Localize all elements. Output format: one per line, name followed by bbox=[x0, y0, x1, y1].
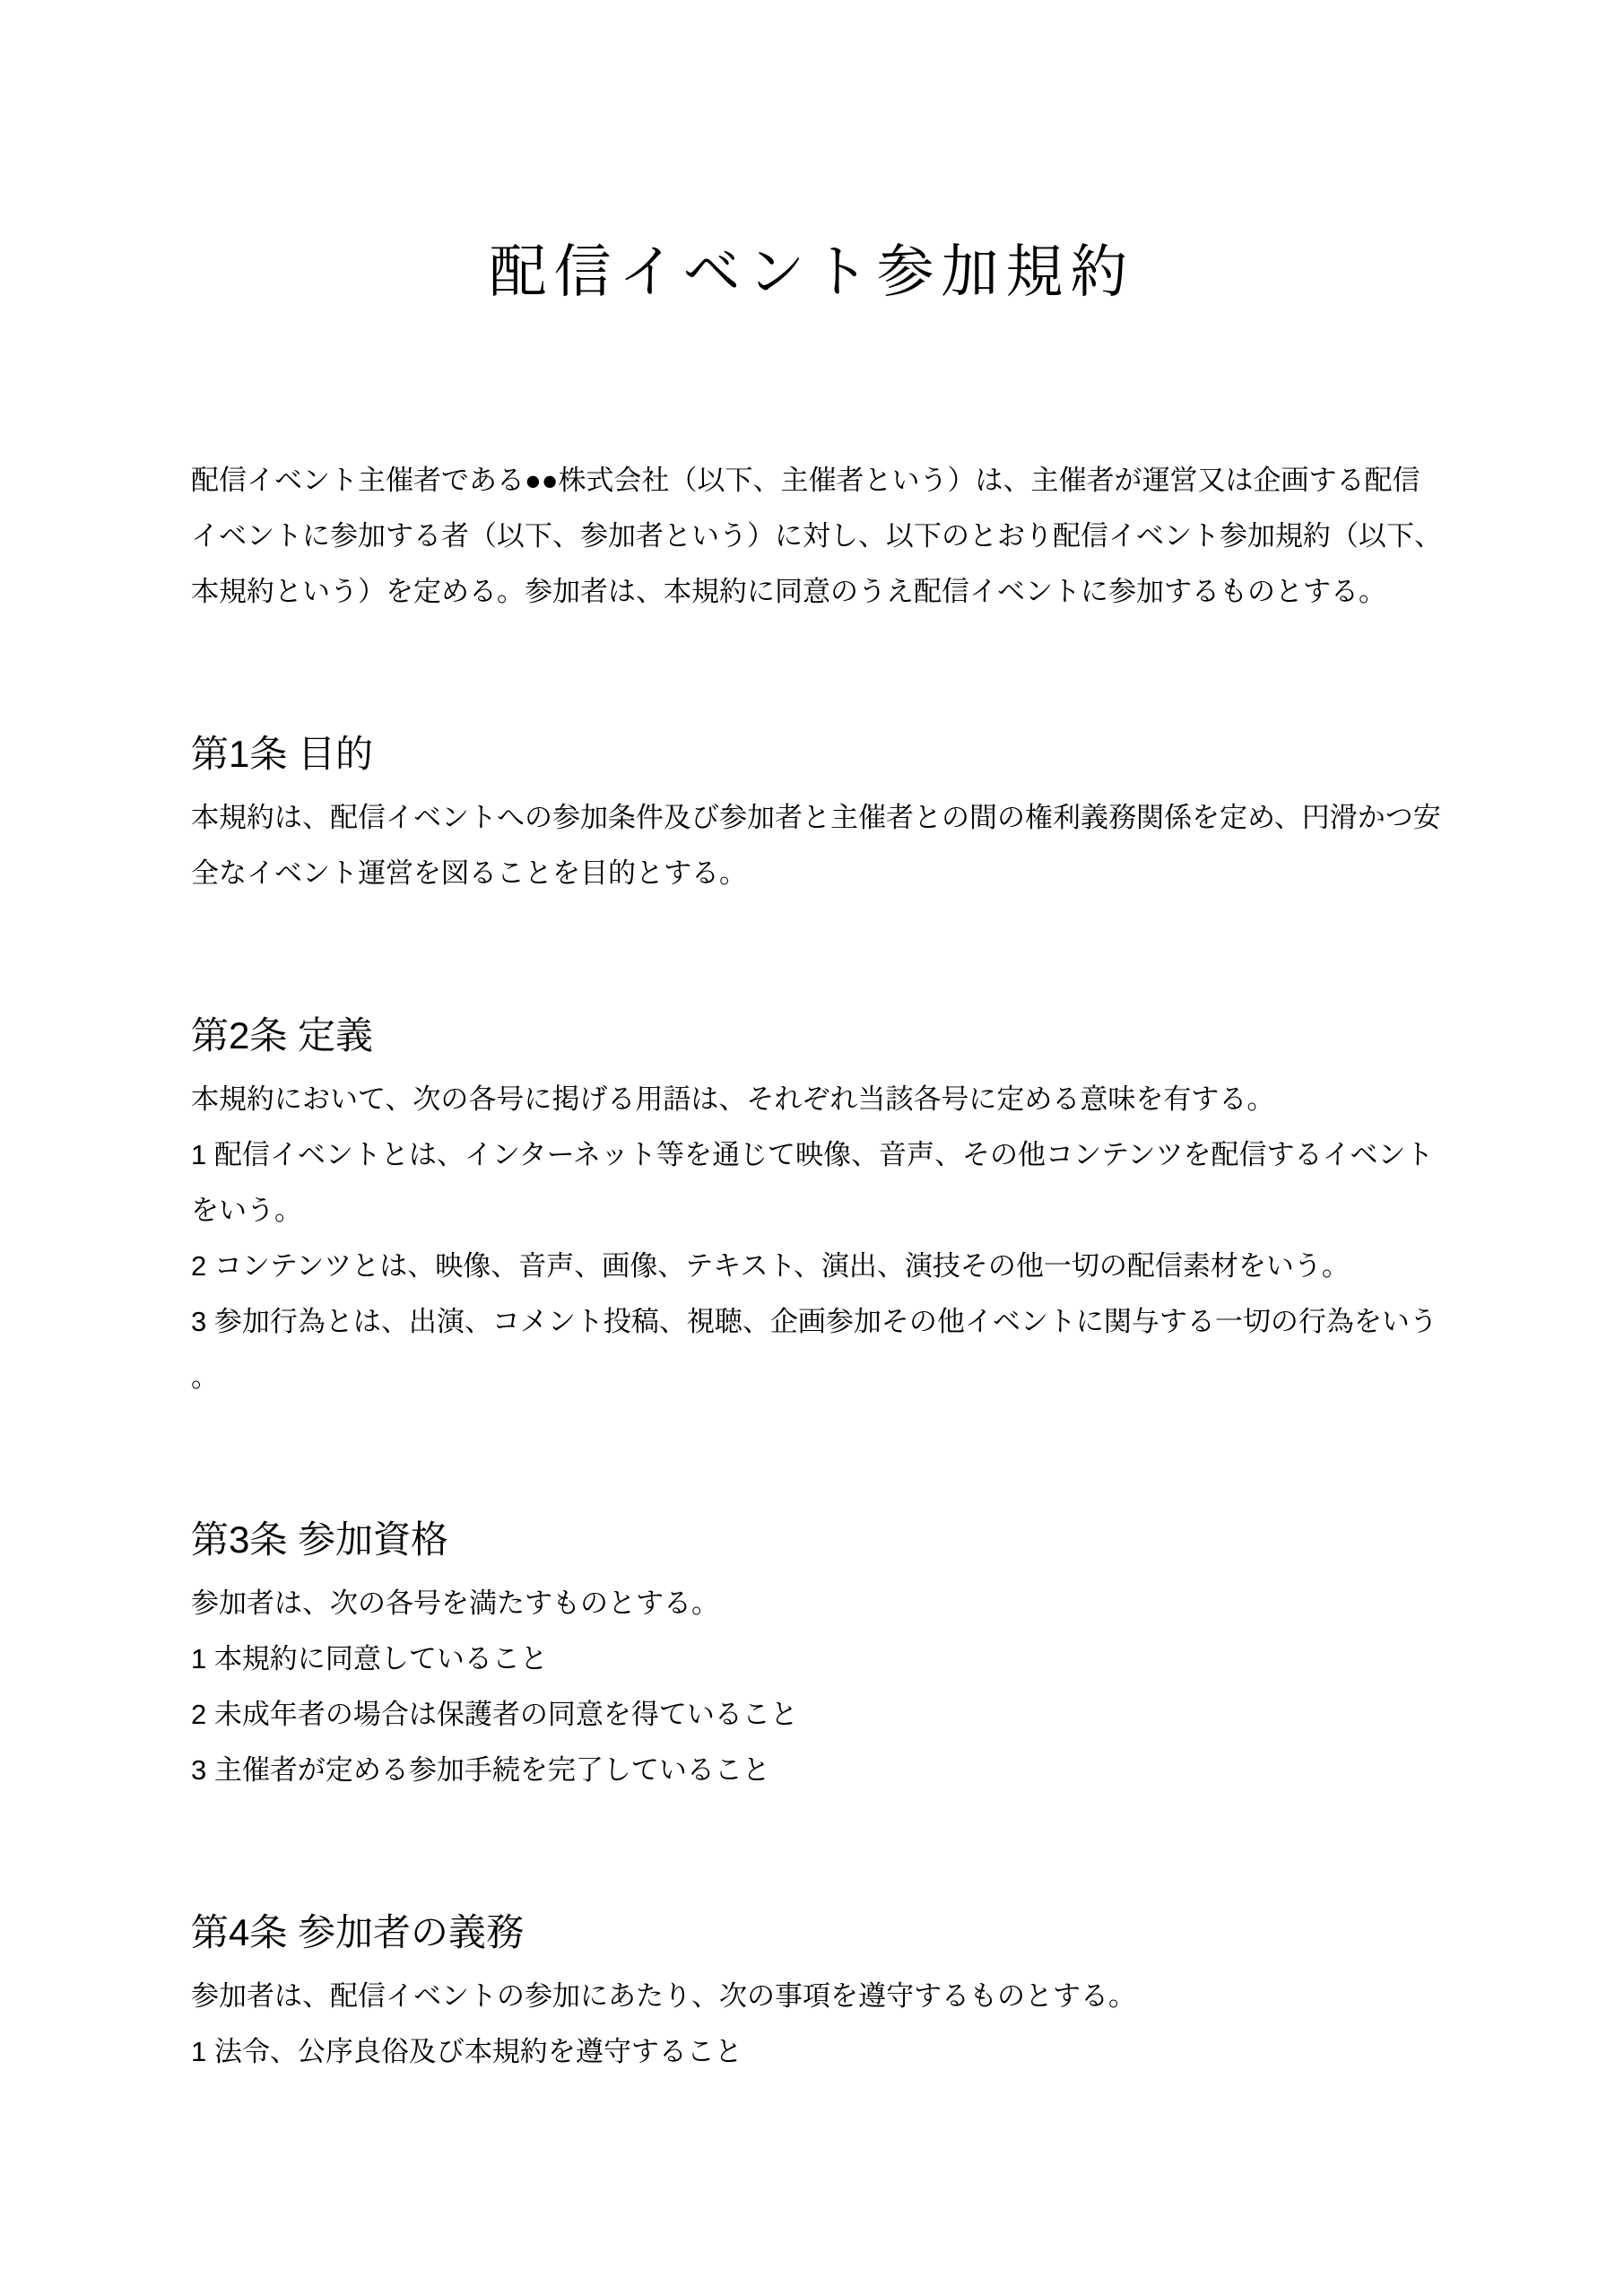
section-body-line: をいう。 bbox=[191, 1183, 1433, 1239]
article-section: 第1条 目的本規約は、配信イベントへの参加条件及び参加者と主催者との間の権利義務… bbox=[191, 720, 1433, 901]
article-section: 第3条 参加資格参加者は、次の各号を満たすものとする。1 本規約に同意しているこ… bbox=[191, 1506, 1433, 1798]
sections-container: 第1条 目的本規約は、配信イベントへの参加条件及び参加者と主催者との間の権利義務… bbox=[191, 720, 1433, 2080]
section-body-line: 2 未成年者の場合は保護者の同意を得ていること bbox=[191, 1687, 1433, 1743]
section-body-line: 本規約において、次の各号に掲げる用語は、それぞれ当該各号に定める意味を有する。 bbox=[191, 1072, 1433, 1127]
section-body-line: 1 配信イベントとは、インターネット等を通じて映像、音声、その他コンテンツを配信… bbox=[191, 1127, 1433, 1183]
section-heading: 第4条 参加者の義務 bbox=[191, 1899, 1433, 1967]
intro-paragraph: 配信イベント主催者である●●株式会社（以下、主催者という）は、主催者が運営又は企… bbox=[191, 453, 1433, 620]
section-body-line: 。 bbox=[191, 1350, 1433, 1405]
section-body-line: 全なイベント運営を図ることを目的とする。 bbox=[191, 846, 1433, 901]
section-heading: 第2条 定義 bbox=[191, 1002, 1433, 1070]
intro-line: 配信イベント主催者である●●株式会社（以下、主催者という）は、主催者が運営又は企… bbox=[191, 453, 1433, 509]
section-body-line: 1 本規約に同意していること bbox=[191, 1631, 1433, 1687]
intro-line: イベントに参加する者（以下、参加者という）に対し、以下のとおり配信イベント参加規… bbox=[191, 509, 1433, 564]
section-body-line: 2 コンテンツとは、映像、音声、画像、テキスト、演出、演技その他一切の配信素材を… bbox=[191, 1239, 1433, 1294]
section-body-line: 3 参加行為とは、出演、コメント投稿、視聴、企画参加その他イベントに関与する一切… bbox=[191, 1294, 1433, 1350]
section-heading: 第3条 参加資格 bbox=[191, 1506, 1433, 1574]
document-title: 配信イベント参加規約 bbox=[191, 238, 1433, 307]
section-body-line: 本規約は、配信イベントへの参加条件及び参加者と主催者との間の権利義務関係を定め、… bbox=[191, 790, 1433, 846]
section-body-line: 参加者は、次の各号を満たすものとする。 bbox=[191, 1576, 1433, 1631]
article-section: 第2条 定義本規約において、次の各号に掲げる用語は、それぞれ当該各号に定める意味… bbox=[191, 1002, 1433, 1405]
document-page: 配信イベント参加規約 配信イベント主催者である●●株式会社（以下、主催者という）… bbox=[0, 0, 1624, 2296]
section-body-line: 参加者は、配信イベントの参加にあたり、次の事項を遵守するものとする。 bbox=[191, 1969, 1433, 2024]
section-body-line: 1 法令、公序良俗及び本規約を遵守すること bbox=[191, 2024, 1433, 2080]
section-body-line: 3 主催者が定める参加手続を完了していること bbox=[191, 1743, 1433, 1798]
article-section: 第4条 参加者の義務参加者は、配信イベントの参加にあたり、次の事項を遵守するもの… bbox=[191, 1899, 1433, 2080]
section-heading: 第1条 目的 bbox=[191, 720, 1433, 788]
intro-line: 本規約という）を定める。参加者は、本規約に同意のうえ配信イベントに参加するものと… bbox=[191, 564, 1433, 620]
